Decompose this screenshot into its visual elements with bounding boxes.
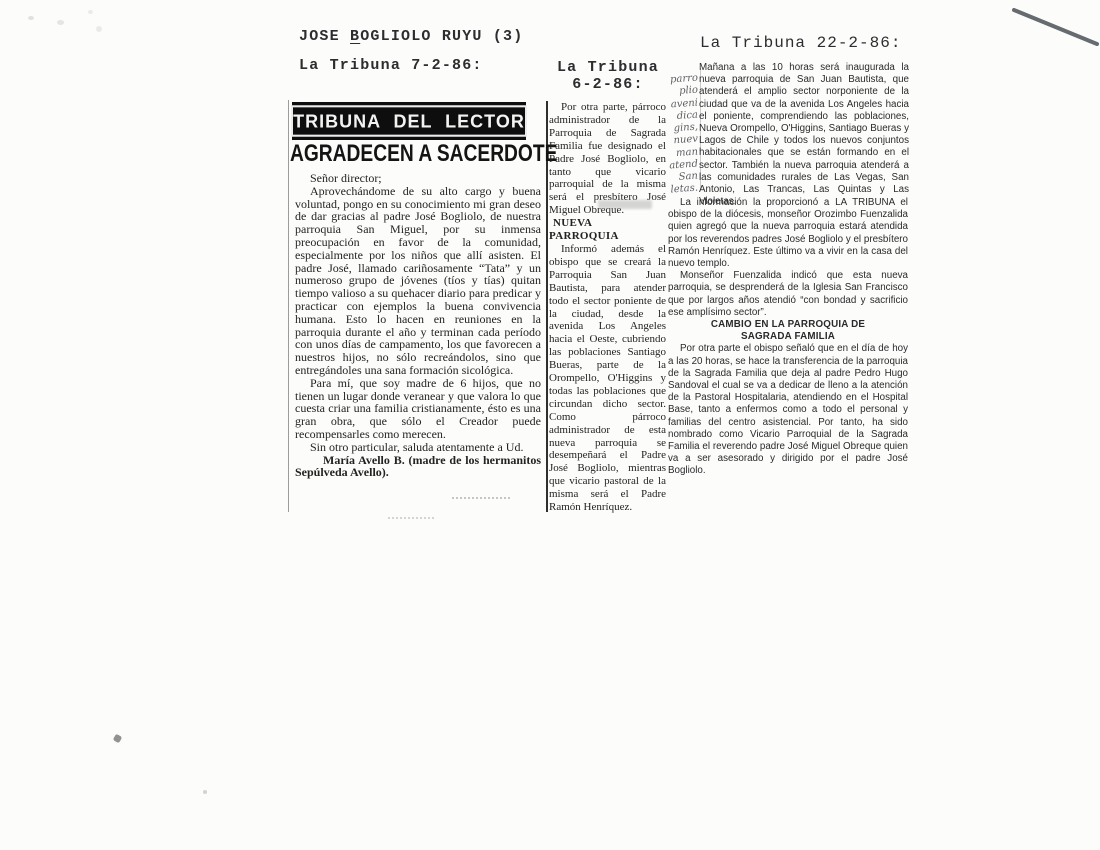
section-banner-label: TRIBUNA DEL LECTOR xyxy=(291,105,527,137)
right-subhead-line1: CAMBIO EN LA PARROQUIA DE xyxy=(668,319,908,331)
middle-dateline-line1: La Tribuna xyxy=(549,59,667,76)
left-clipping-left-rule xyxy=(288,100,289,512)
right-dateline: La Tribuna 22-2-86: xyxy=(700,34,901,52)
letter-paragraph-2: Para mí, que soy madre de 6 hijos, que n… xyxy=(295,377,541,441)
typed-header-line1-pre: JOSE xyxy=(299,28,350,45)
article-headline: AGRADECEN A SACERDOTE xyxy=(290,140,557,168)
middle-dateline: La Tribuna 6-2-86: xyxy=(549,59,667,93)
middle-paragraph-2: Informó además el obispo que se creará l… xyxy=(549,243,666,514)
typed-header-dateline-left: La Tribuna 7-2-86: xyxy=(299,57,483,74)
paper-speck xyxy=(96,26,102,32)
typed-header-line1: JOSE BOGLIOLO RUYU (3) xyxy=(299,28,523,45)
right-subhead-line2: SAGRADA FAMILIA xyxy=(668,331,908,343)
ink-speck xyxy=(113,734,123,744)
typed-header-underlined-letter: B xyxy=(350,28,360,45)
paper-speck xyxy=(57,20,64,25)
paper-speck xyxy=(88,10,93,14)
middle-dateline-line2: 6-2-86: xyxy=(549,76,667,93)
paper-speck xyxy=(28,16,34,20)
paper-speck xyxy=(203,790,207,794)
ink-smudge-mark xyxy=(598,200,652,209)
handwritten-margin-note: letas. xyxy=(656,183,699,197)
typed-header-line1-post: OGLIOLO RUYU (3) xyxy=(360,28,523,45)
right-paragraph-3: Monseñor Fuenzalida indicó que esta nuev… xyxy=(668,270,908,319)
letter-paragraph-3: Sin otro particular, saluda atentamente … xyxy=(295,441,541,454)
dotted-smudge xyxy=(452,497,510,499)
middle-subhead: NUEVA PARROQUIA xyxy=(549,217,666,243)
middle-article-body: Por otra parte, párroco administrador de… xyxy=(549,101,666,514)
right-paragraph-2: La información la proporcionó a LA TRIBU… xyxy=(668,197,908,270)
pen-stroke-mark xyxy=(1005,0,1100,60)
handwritten-margin-note: plio xyxy=(656,85,699,99)
letter-signature: María Avello B. (madre de los hermanitos… xyxy=(295,454,541,480)
handwritten-margin-note: nuev xyxy=(656,134,699,148)
right-paragraph-1: Mañana a las 10 horas será inaugurada la… xyxy=(699,62,909,208)
right-article-body: La información la proporcionó a LA TRIBU… xyxy=(668,197,908,478)
letter-body: Señor director; Aprovechándome de su alt… xyxy=(295,172,541,479)
section-banner: TRIBUNA DEL LECTOR xyxy=(292,102,526,140)
right-paragraph-4: Por otra parte el obispo señaló que en e… xyxy=(668,343,908,477)
scanned-newspaper-clippings-page: { "colors": { "paper": "#fcfcfa", "ink":… xyxy=(0,0,1100,850)
letter-salutation: Señor director; xyxy=(295,172,541,185)
dotted-smudge xyxy=(388,517,434,519)
letter-paragraph-1: Aprovechándome de su alto cargo y buena … xyxy=(295,185,541,377)
